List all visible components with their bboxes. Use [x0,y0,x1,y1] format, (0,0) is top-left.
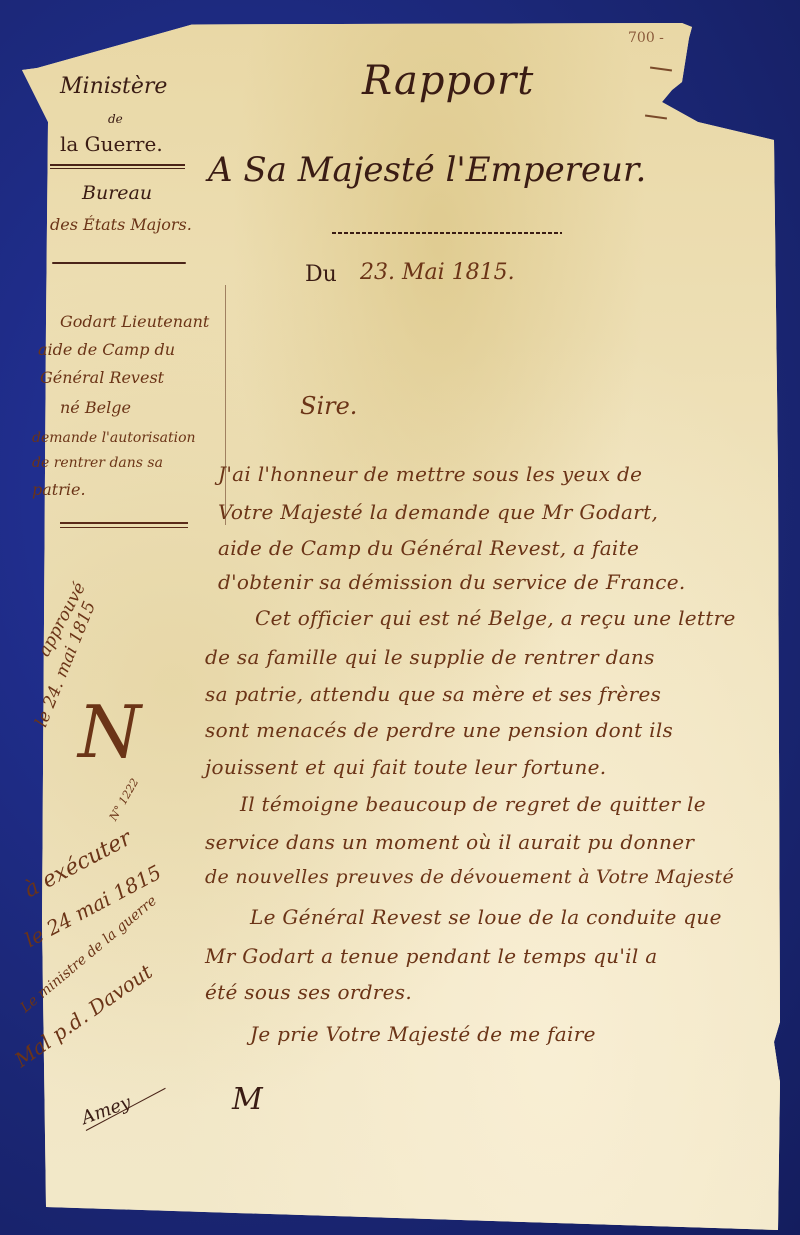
document-title: Rapport [362,58,534,104]
body-line: été sous ses ordres. [205,980,412,1004]
body-line: Mr Godart a tenue pendant le temps qu'il… [205,944,657,968]
body-line: J'ai l'honneur de mettre sous les yeux d… [218,462,642,486]
margin-line [225,285,226,525]
summary-rule [60,527,188,528]
body-line: Je prie Votre Majesté de me faire [250,1022,596,1046]
body-line: aide de Camp du Général Revest, a faite [218,536,639,560]
letterhead-flourish [52,262,186,264]
summary-line: Godart Lieutenant [60,312,209,331]
closing-initial: M [232,1082,263,1117]
letterhead-rule [50,164,185,166]
ministry-de: de [108,112,123,126]
body-line: sa patrie, attendu que sa mère et ses fr… [205,682,661,706]
bureau-label: Bureau [82,182,152,204]
letterhead-rule [50,168,185,169]
body-line: Il témoigne beaucoup de regret de quitte… [240,792,706,816]
body-line: Cet officier qui est né Belge, a reçu un… [255,606,736,630]
summary-rule [60,522,188,524]
body-line: d'obtenir sa démission du service de Fra… [218,570,686,594]
body-line: Votre Majesté la demande que Mr Godart, [218,500,658,524]
salutation: Sire. [300,392,357,420]
ministry-guerre: la Guerre. [60,132,163,156]
summary-line: patrie. [32,480,86,499]
summary-line: Général Revest [40,368,164,387]
document-subtitle: A Sa Majesté l'Empereur. [208,150,646,190]
date-prefix: Du [305,262,337,287]
body-line: service dans un moment où il aurait pu d… [205,830,694,854]
summary-line: aide de Camp du [38,340,175,359]
summary-line: demande l'autorisation [32,430,196,446]
bureau-name: des États Majors. [50,215,192,234]
summary-line: de rentrer dans sa [32,455,163,471]
body-line: jouissent et qui fait toute leur fortune… [205,755,606,779]
body-line: Le Général Revest se loue de la conduite… [250,905,722,929]
body-line: de sa famille qui le supplie de rentrer … [205,645,655,669]
title-ornament-rule [332,232,562,234]
body-line: sont menacés de perdre une pension dont … [205,718,673,742]
summary-line: né Belge [60,398,131,417]
ministry-name: Ministère [60,74,167,99]
napoleon-signature: N [78,690,141,774]
archive-number: 700 - [628,30,664,46]
date-value: 23. Mai 1815. [360,260,515,285]
body-line: de nouvelles preuves de dévouement à Vot… [205,866,734,888]
